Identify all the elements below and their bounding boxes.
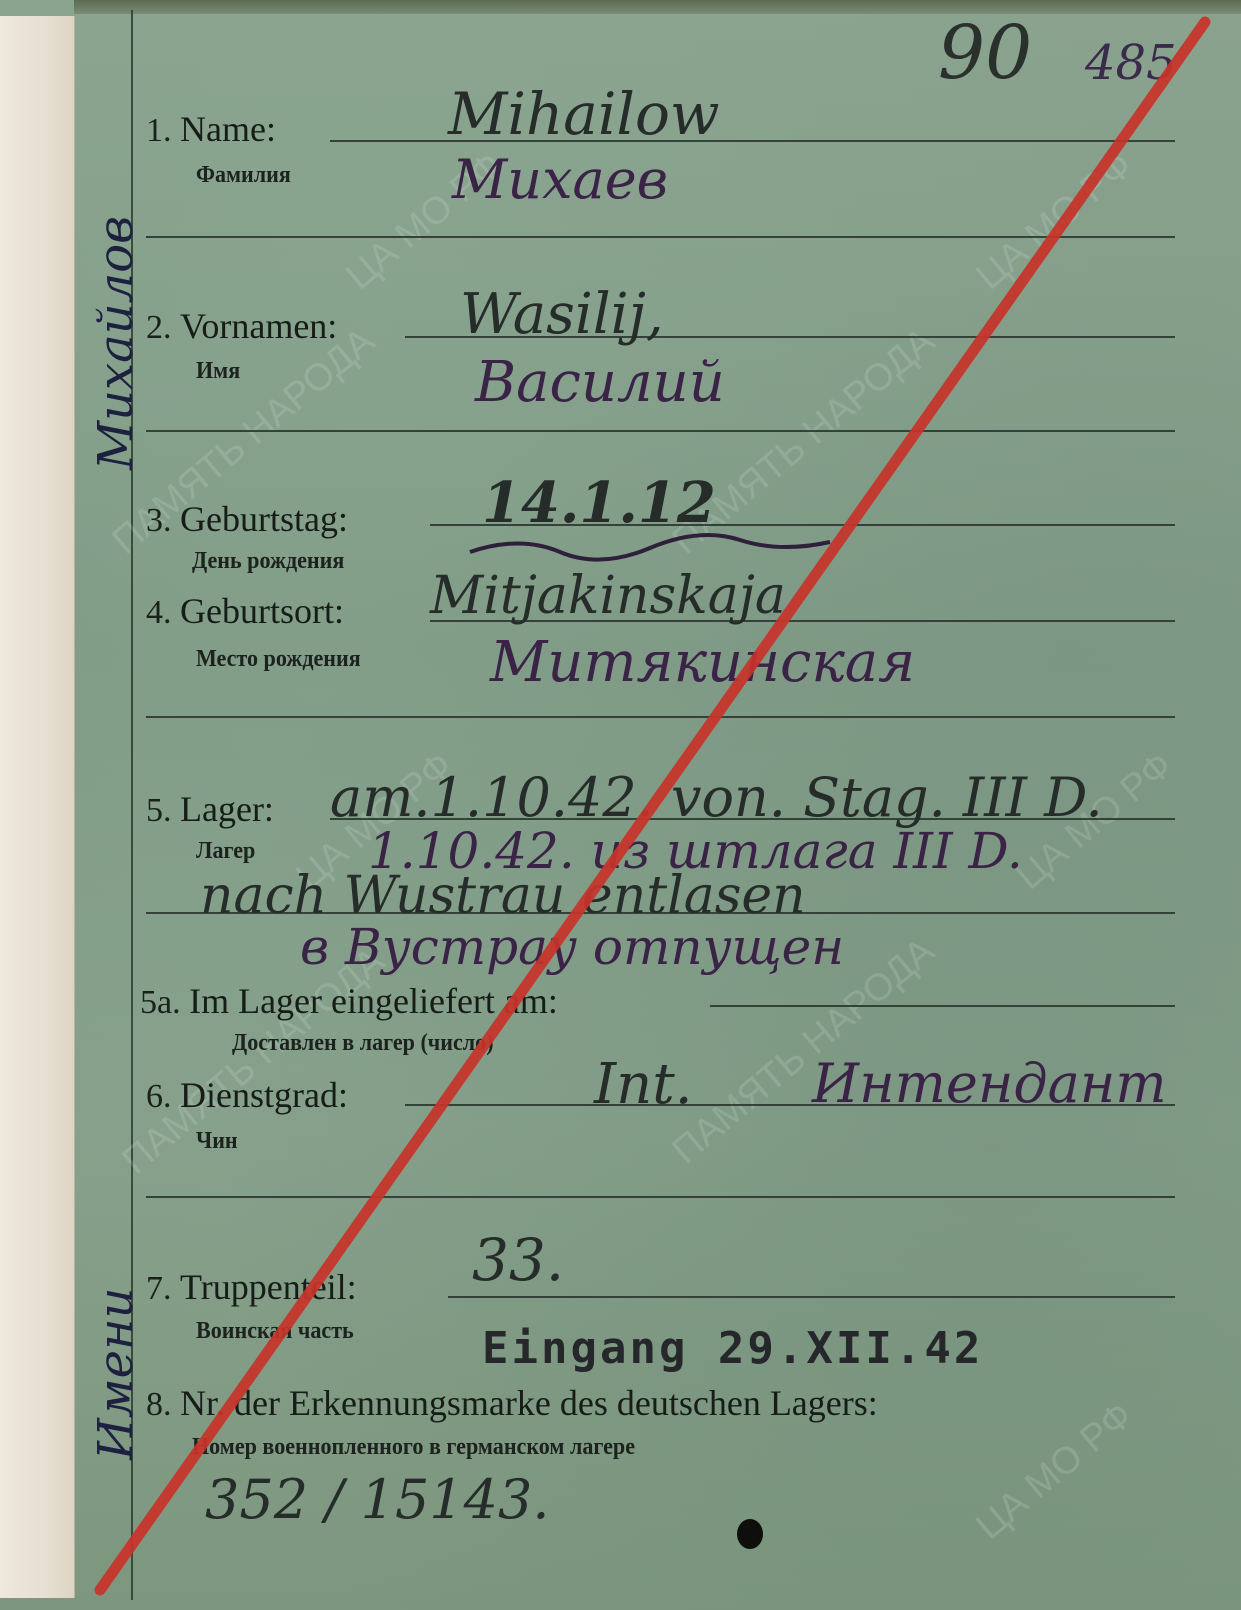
pow-card: Михайлов Имени 90 485 ЦА МО РФ ЦА МО РФ … bbox=[0, 0, 1241, 1610]
red-cross-out-line bbox=[0, 0, 1241, 1610]
